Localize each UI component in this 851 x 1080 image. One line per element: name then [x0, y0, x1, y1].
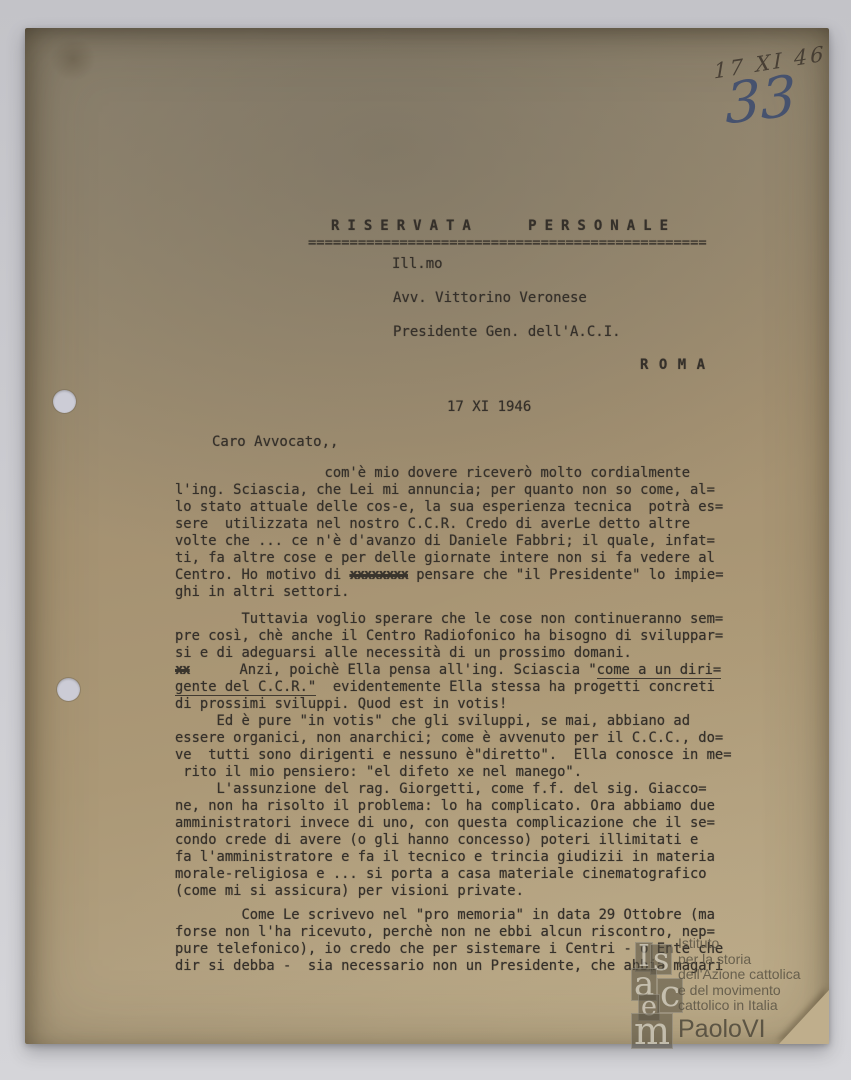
typed-text: rito il mio pensiero: "el difeto xe nel … [175, 764, 582, 780]
paragraph: com'è mio dovere riceverò molto cordialm… [175, 465, 775, 601]
typed-text: ne, non ha risolto il problema: lo ha co… [175, 798, 715, 814]
typed-text: ti, fa altre cose e per delle giornate i… [175, 550, 715, 566]
struck-text: xxxxxxxx [349, 567, 407, 583]
underlined-text: come a un diri= [597, 662, 722, 679]
typed-text: amministratori invece di uno, con questa… [175, 815, 715, 831]
typed-text: Anzi, poichè Ella pensa all'ing. Sciasci… [190, 662, 597, 678]
typed-line: condo crede di avere (o gli hanno conces… [175, 832, 775, 849]
recipient-city: R O M A [640, 357, 706, 373]
typed-line: Tuttavia voglio sperare che le cose non … [175, 611, 775, 628]
typed-text: Come Le scrivevo nel "pro memoria" in da… [175, 907, 715, 923]
typed-line: volte che ... ce n'è d'avanzo di Daniele… [175, 533, 775, 550]
typed-line: l'ing. Sciascia, che Lei mi annuncia; pe… [175, 482, 775, 499]
typed-text: Ed è pure "in votis" che gli sviluppi, s… [175, 713, 690, 729]
typed-text: di prossimi sviluppi. Quod est in votis! [175, 696, 507, 712]
typed-text: ve tutti sono dirigenti e nessuno è"dire… [175, 747, 732, 763]
typed-text: (come mi si assicura) per visioni privat… [175, 883, 524, 899]
typed-text: sere utilizzata nel nostro C.C.R. Credo … [175, 516, 690, 532]
recipient-name: Avv. Vittorino Veronese [393, 290, 587, 306]
typed-line: rito il mio pensiero: "el difeto xe nel … [175, 764, 775, 781]
typed-line: L'assunzione del rag. Giorgetti, come f.… [175, 781, 775, 798]
recipient-honorific: Ill.mo [392, 256, 443, 272]
typed-line: ve tutti sono dirigenti e nessuno è"dire… [175, 747, 775, 764]
typed-text: ghi in altri settori. [175, 584, 349, 600]
classification-heading: RISERVATA PERSONALE [331, 218, 676, 234]
watermark-line: Istituto [678, 936, 828, 952]
typed-line: ne, non ha risolto il problema: lo ha co… [175, 798, 775, 815]
underlined-text: gente del C.C.R." [175, 679, 316, 696]
typed-text: com'è mio dovere riceverò molto cordialm… [175, 465, 690, 481]
letter-page: 17 XI 46 33 RISERVATA PERSONALE ========… [25, 28, 829, 1044]
typed-line: pre così, chè anche il Centro Radiofonic… [175, 628, 775, 645]
typed-text: si e di adeguarsi alle necessità di un p… [175, 645, 632, 661]
typed-line: Ed è pure "in votis" che gli sviluppi, s… [175, 713, 775, 730]
typed-line: (come mi si assicura) per visioni privat… [175, 883, 775, 900]
typed-line: morale-religiosa e ... si porta a casa m… [175, 866, 775, 883]
typed-text: lo stato attuale delle cos-e, la sua esp… [175, 499, 723, 515]
typed-text: l'ing. Sciascia, che Lei mi annuncia; pe… [175, 482, 715, 498]
photo-background: 17 XI 46 33 RISERVATA PERSONALE ========… [0, 0, 851, 1080]
recipient-title: Presidente Gen. dell'A.C.I. [393, 324, 621, 340]
typed-line: xx Anzi, poichè Ella pensa all'ing. Scia… [175, 662, 775, 679]
typed-line: gente del C.C.R." evidentemente Ella ste… [175, 679, 775, 696]
typed-text: condo crede di avere (o gli hanno conces… [175, 832, 698, 848]
typed-text: Tuttavia voglio sperare che le cose non … [175, 611, 723, 627]
isacem-letter-m: m [631, 1013, 673, 1049]
typed-text: Centro. Ho motivo di [175, 567, 349, 583]
watermark-line: per la storia [678, 952, 828, 968]
typed-line: lo stato attuale delle cos-e, la sua esp… [175, 499, 775, 516]
letter-body: com'è mio dovere riceverò molto cordialm… [175, 465, 775, 975]
salutation: Caro Avvocato,, [212, 434, 338, 450]
typed-line: ti, fa altre cose e per delle giornate i… [175, 550, 775, 567]
typed-text: essere organici, non anarchici; come è a… [175, 730, 723, 746]
struck-text: xx [175, 662, 190, 678]
typed-text: fa l'amministratore e fa il tecnico e tr… [175, 849, 715, 865]
paragraph: Tuttavia voglio sperare che le cose non … [175, 611, 775, 900]
letter-date: 17 XI 1946 [447, 399, 531, 415]
typed-line: essere organici, non anarchici; come è a… [175, 730, 775, 747]
watermark-line: dell'Azione cattolica [678, 967, 828, 983]
typed-text: evidentemente Ella stessa ha progetti co… [316, 679, 715, 695]
typed-line: fa l'amministratore e fa il tecnico e tr… [175, 849, 775, 866]
typed-line: com'è mio dovere riceverò molto cordialm… [175, 465, 775, 482]
typed-line: si e di adeguarsi alle necessità di un p… [175, 645, 775, 662]
typed-line: di prossimi sviluppi. Quod est in votis! [175, 696, 775, 713]
heading-underline: ========================================… [308, 235, 707, 251]
typed-text: L'assunzione del rag. Giorgetti, come f.… [175, 781, 707, 797]
typed-text: morale-religiosa e ... si porta a casa m… [175, 866, 707, 882]
typed-line: sere utilizzata nel nostro C.C.R. Credo … [175, 516, 775, 533]
typed-text: pre così, chè anche il Centro Radiofonic… [175, 628, 723, 644]
typed-line: ghi in altri settori. [175, 584, 775, 601]
typed-line: amministratori invece di uno, con questa… [175, 815, 775, 832]
typed-text: volte che ... ce n'è d'avanzo di Daniele… [175, 533, 715, 549]
typed-text: pensare che "il Presidente" lo impie= [408, 567, 724, 583]
typed-line: Centro. Ho motivo di xxxxxxxx pensare ch… [175, 567, 775, 584]
page-corner-fold [779, 990, 829, 1044]
typed-line: Come Le scrivevo nel "pro memoria" in da… [175, 907, 775, 924]
